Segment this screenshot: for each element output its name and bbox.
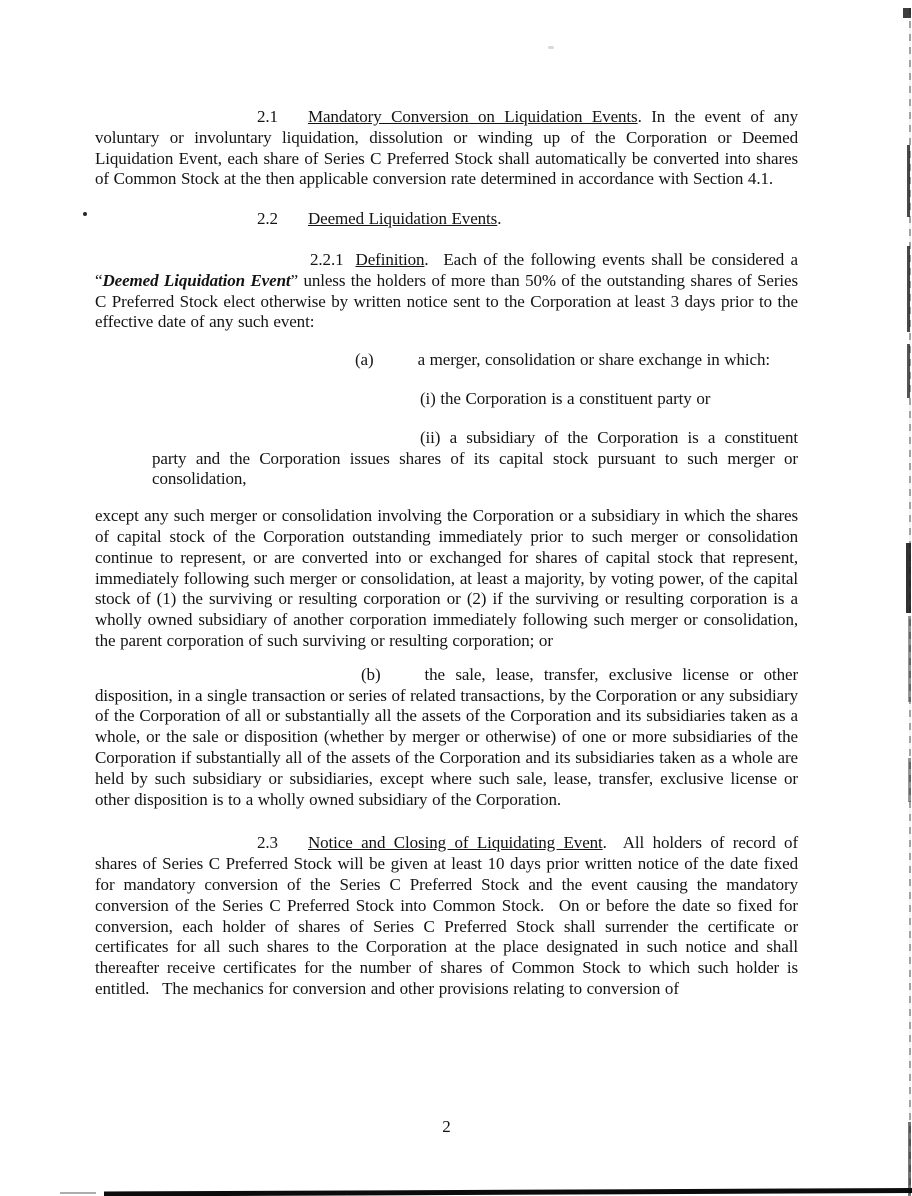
- section-number: 2.2: [257, 209, 278, 228]
- scan-right-edge-segment: [903, 8, 911, 18]
- scan-right-edge-segment: [906, 543, 911, 613]
- body-text: . All holders of record of shares of Ser…: [95, 833, 798, 998]
- body-text: .: [497, 209, 501, 228]
- defined-term: Deemed Liquidation Event: [102, 271, 290, 290]
- scan-right-edge-segment: [907, 246, 910, 332]
- scan-right-edge-segment: [908, 758, 911, 802]
- scan-right-edge-segment: [908, 1122, 911, 1196]
- section-heading: Deemed Liquidation Events: [308, 209, 497, 228]
- section-2-2: 2.2Deemed Liquidation Events.: [95, 209, 798, 230]
- scan-right-edge-segment: [907, 145, 910, 217]
- item-a-i: (i) the Corporation is a constituent par…: [95, 389, 798, 410]
- item-b: (b)the sale, lease, transfer, exclusive …: [95, 665, 798, 811]
- section-heading: Notice and Closing of Liquidating Event: [308, 833, 603, 852]
- body-text: except any such merger or consolidation …: [95, 506, 798, 650]
- section-number: 2.3: [257, 833, 278, 852]
- section-number: 2.2.1: [310, 250, 344, 269]
- except-clause: except any such merger or consolidation …: [95, 506, 798, 652]
- list-marker: (a): [355, 350, 374, 369]
- body-text: the sale, lease, transfer, exclusive lic…: [95, 665, 798, 809]
- scan-right-edge-segment: [907, 344, 910, 398]
- scan-right-edge-segment: [908, 616, 911, 702]
- section-2-3: 2.3Notice and Closing of Liquidating Eve…: [95, 833, 798, 999]
- list-marker: (b): [361, 665, 381, 684]
- scan-ink-dot: [83, 212, 87, 216]
- scan-bottom-edge-lead: [60, 1192, 96, 1194]
- section-heading: Mandatory Conversion on Liquidation Even…: [308, 107, 638, 126]
- scan-speck: [548, 46, 554, 49]
- section-2-2-1: 2.2.1Definition. Each of the following e…: [95, 250, 798, 333]
- body-text: (i) the Corporation is a constituent par…: [420, 389, 710, 408]
- item-a: (a)a merger, consolidation or share exch…: [95, 350, 798, 371]
- scan-bottom-edge-line: [104, 1188, 912, 1196]
- section-number: 2.1: [257, 107, 278, 126]
- page-number: 2: [95, 1117, 798, 1137]
- section-2-1: 2.1Mandatory Conversion on Liquidation E…: [95, 107, 798, 190]
- body-text: (ii) a subsidiary of the Corporation is …: [152, 428, 798, 489]
- body-text: a merger, consolidation or share exchang…: [418, 350, 770, 369]
- item-a-ii: (ii) a subsidiary of the Corporation is …: [152, 428, 798, 490]
- section-heading: Definition: [356, 250, 425, 269]
- document-body: 2.1Mandatory Conversion on Liquidation E…: [95, 107, 798, 1000]
